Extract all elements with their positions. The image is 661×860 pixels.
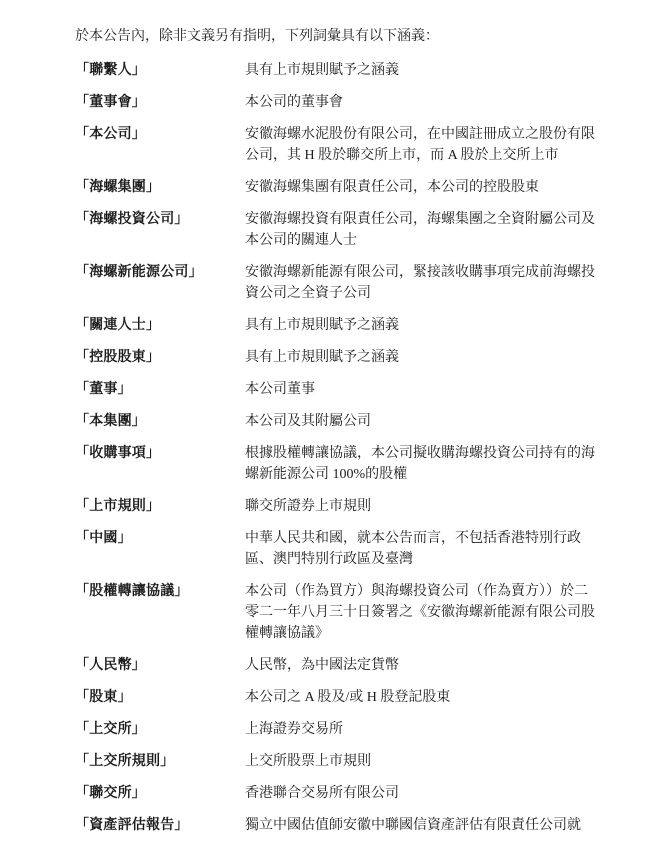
definition-text: 安徽海螺新能源有限公司，緊接該收購事項完成前海螺投資公司之全資子公司 [245, 262, 601, 304]
definition-row: 「資產評估報告」 獨立中國估值師安徽中聯國信資產評估有限責任公司就 [75, 815, 613, 836]
definition-term: 「聯繫人」 [75, 60, 245, 81]
definition-term: 「上市規則」 [75, 496, 245, 517]
definition-term: 「人民幣」 [75, 655, 245, 676]
definition-row: 「聯交所」 香港聯合交易所有限公司 [75, 783, 613, 804]
definition-term: 「海螺新能源公司」 [75, 262, 245, 283]
definition-text: 具有上市規則賦予之涵義 [245, 315, 399, 336]
definition-text: 安徽海螺投資有限責任公司，海螺集團之全資附屬公司及本公司的關連人士 [245, 209, 601, 251]
definition-term: 「資產評估報告」 [75, 815, 245, 836]
definition-text: 本公司的董事會 [245, 92, 343, 113]
definition-term: 「董事會」 [75, 92, 245, 113]
definition-text: 安徽海螺集團有限責任公司，本公司的控股股東 [245, 177, 539, 198]
definition-term: 「上交所規則」 [75, 751, 245, 772]
definition-term: 「股權轉讓協議」 [75, 581, 245, 602]
definition-row: 「本公司」 安徽海螺水泥股份有限公司，在中國註冊成立之股份有限公司，其 H 股於… [75, 124, 613, 166]
definition-row: 「聯繫人」 具有上市規則賦予之涵義 [75, 60, 613, 81]
definition-term: 「中國」 [75, 528, 245, 549]
definition-row: 「海螺投資公司」 安徽海螺投資有限責任公司，海螺集團之全資附屬公司及本公司的關連… [75, 209, 613, 251]
definition-row: 「中國」 中華人民共和國，就本公告而言，不包括香港特別行政區、澳門特別行政區及臺… [75, 528, 613, 570]
definition-text: 安徽海螺水泥股份有限公司，在中國註冊成立之股份有限公司，其 H 股於聯交所上市，… [245, 124, 601, 166]
definition-text: 人民幣，為中國法定貨幣 [245, 655, 399, 676]
definition-row: 「上市規則」 聯交所證券上市規則 [75, 496, 613, 517]
definitions-intro: 於本公告內，除非文義另有指明，下列詞彙具有以下涵義： [75, 26, 613, 47]
definition-text: 根據股權轉讓協議，本公司擬收購海螺投資公司持有的海螺新能源公司 100%的股權 [245, 443, 601, 485]
definition-row: 「海螺新能源公司」 安徽海螺新能源有限公司，緊接該收購事項完成前海螺投資公司之全… [75, 262, 613, 304]
definition-text: 本公司及其附屬公司 [245, 411, 371, 432]
definition-row: 「上交所」 上海證券交易所 [75, 719, 613, 740]
definition-text: 本公司董事 [245, 379, 315, 400]
definition-row: 「關連人士」 具有上市規則賦予之涵義 [75, 315, 613, 336]
definition-row: 「本集團」 本公司及其附屬公司 [75, 411, 613, 432]
definition-text: 獨立中國估值師安徽中聯國信資產評估有限責任公司就 [245, 815, 581, 836]
definition-text: 本公司（作為買方）與海螺投資公司（作為賣方））於二零二一年八月三十日簽署之《安徽… [245, 581, 601, 644]
definition-row: 「人民幣」 人民幣，為中國法定貨幣 [75, 655, 613, 676]
definition-term: 「海螺投資公司」 [75, 209, 245, 230]
definition-text: 上海證券交易所 [245, 719, 343, 740]
definition-row: 「收購事項」 根據股權轉讓協議，本公司擬收購海螺投資公司持有的海螺新能源公司 1… [75, 443, 613, 485]
definition-text: 聯交所證券上市規則 [245, 496, 371, 517]
definition-term: 「收購事項」 [75, 443, 245, 464]
definitions-list: 「聯繫人」 具有上市規則賦予之涵義 「董事會」 本公司的董事會 「本公司」 安徽… [75, 60, 613, 836]
definition-term: 「董事」 [75, 379, 245, 400]
definition-text: 上交所股票上市規則 [245, 751, 371, 772]
definition-text: 本公司之 A 股及/或 H 股登記股東 [245, 687, 450, 708]
definition-row: 「海螺集團」 安徽海螺集團有限責任公司，本公司的控股股東 [75, 177, 613, 198]
definition-row: 「董事」 本公司董事 [75, 379, 613, 400]
definition-row: 「上交所規則」 上交所股票上市規則 [75, 751, 613, 772]
definition-term: 「海螺集團」 [75, 177, 245, 198]
definition-text: 具有上市規則賦予之涵義 [245, 60, 399, 81]
document-page: 於本公告內，除非文義另有指明，下列詞彙具有以下涵義： 「聯繫人」 具有上市規則賦… [0, 0, 661, 860]
definition-text: 香港聯合交易所有限公司 [245, 783, 399, 804]
definition-row: 「股東」 本公司之 A 股及/或 H 股登記股東 [75, 687, 613, 708]
definition-term: 「上交所」 [75, 719, 245, 740]
definition-term: 「聯交所」 [75, 783, 245, 804]
definition-text: 具有上市規則賦予之涵義 [245, 347, 399, 368]
definition-term: 「控股股東」 [75, 347, 245, 368]
definition-term: 「關連人士」 [75, 315, 245, 336]
definition-term: 「本集團」 [75, 411, 245, 432]
definition-row: 「董事會」 本公司的董事會 [75, 92, 613, 113]
definition-term: 「股東」 [75, 687, 245, 708]
definition-row: 「股權轉讓協議」 本公司（作為買方）與海螺投資公司（作為賣方））於二零二一年八月… [75, 581, 613, 644]
definition-term: 「本公司」 [75, 124, 245, 145]
definition-row: 「控股股東」 具有上市規則賦予之涵義 [75, 347, 613, 368]
definition-text: 中華人民共和國，就本公告而言，不包括香港特別行政區、澳門特別行政區及臺灣 [245, 528, 601, 570]
